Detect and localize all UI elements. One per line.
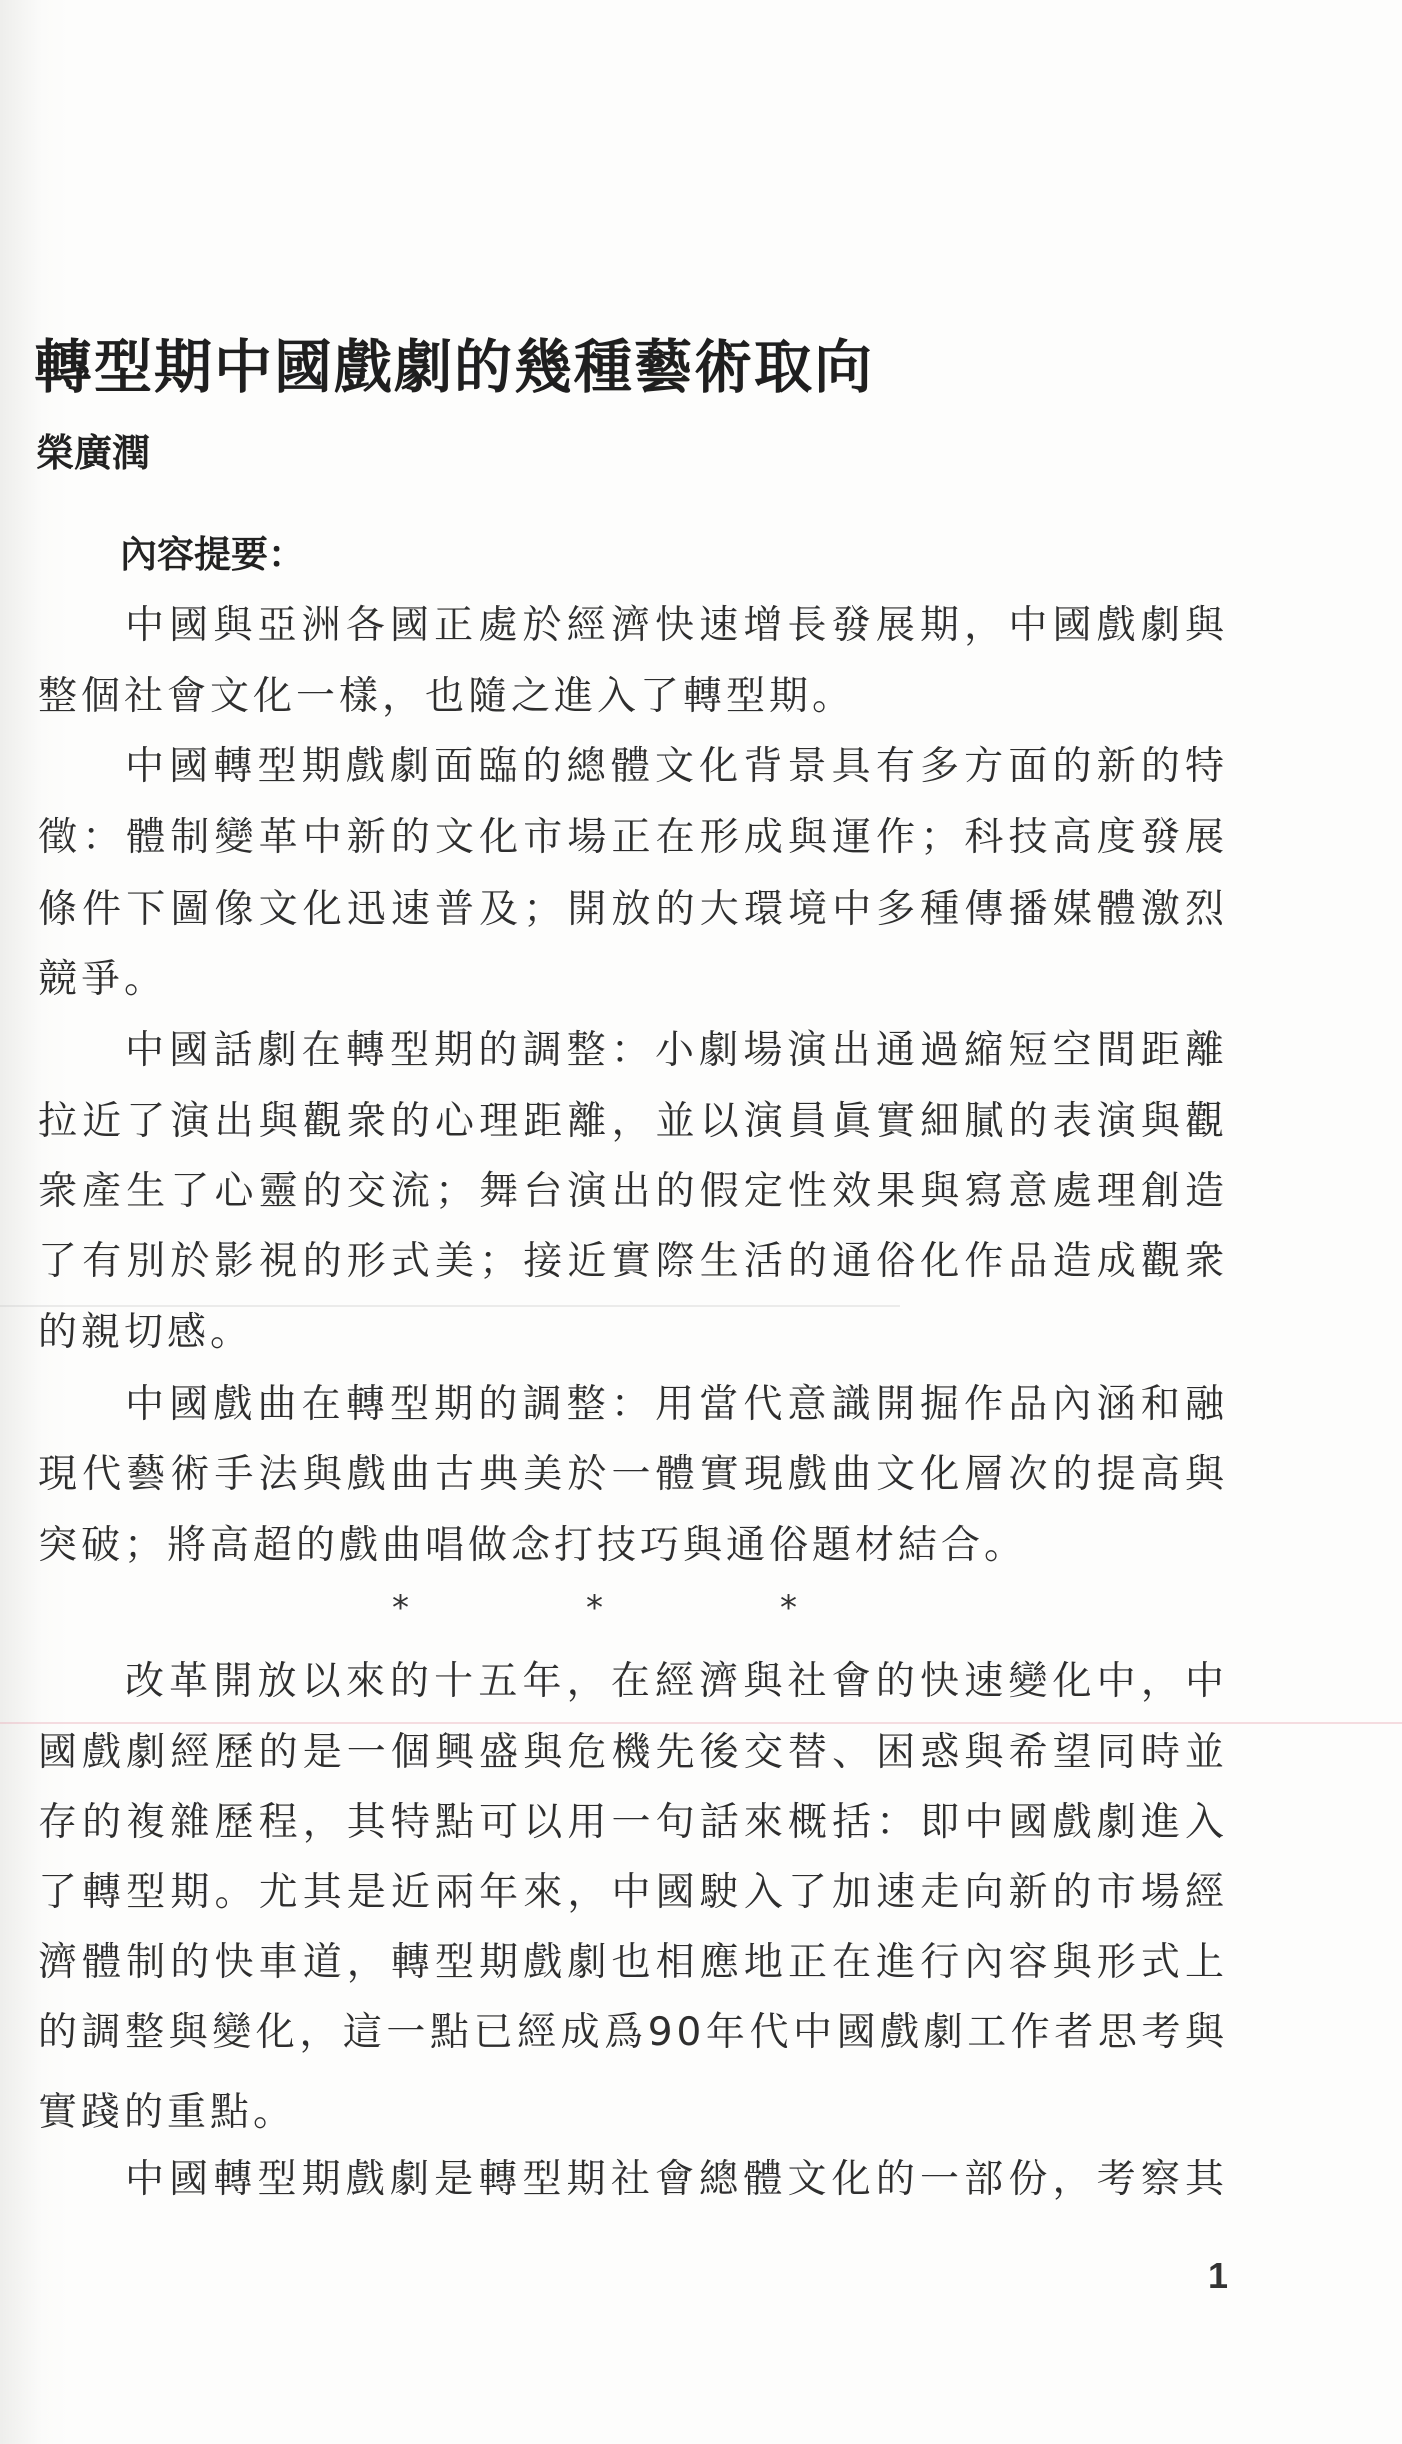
abstract-line: 突破；將高超的戲曲唱做念打技巧與通俗題材結合。 xyxy=(38,1516,1027,1576)
abstract-line: 中國戲曲在轉型期的調整：用當代意識開掘作品內涵和融 xyxy=(125,1375,1228,1435)
abstract-line: 中國話劇在轉型期的調整：小劇場演出通過縮短空間距離 xyxy=(125,1021,1228,1081)
separator-asterisk: * xyxy=(586,1588,603,1628)
abstract-line: 競爭。 xyxy=(38,950,167,1010)
abstract-line: 中國轉型期戲劇面臨的總體文化背景具有多方面的新的特 xyxy=(125,737,1228,797)
separator-asterisk: * xyxy=(392,1588,409,1628)
abstract-line: 衆產生了心靈的交流；舞台演出的假定性效果與寫意處理創造 xyxy=(38,1162,1228,1222)
abstract-line: 現代藝術手法與戲曲古典美於一體實現戲曲文化層次的提高與 xyxy=(38,1445,1228,1505)
abstract-line: 中國與亞洲各國正處於經濟快速增長發展期，中國戲劇與 xyxy=(125,596,1228,656)
body-line: 濟體制的快車道，轉型期戲劇也相應地正在進行內容與形式上 xyxy=(38,1933,1228,1993)
separator-asterisk: * xyxy=(780,1588,797,1628)
abstract-line: 的親切感。 xyxy=(38,1303,253,1363)
abstract-line: 徵：體制變革中新的文化市場正在形成與運作；科技高度發展 xyxy=(38,808,1228,868)
abstract-line: 了有別於影視的形式美；接近實際生活的通俗化作品造成觀衆 xyxy=(38,1232,1228,1292)
body-line: 實踐的重點。 xyxy=(38,2083,296,2143)
article-title: 轉型期中國戲劇的幾種藝術取向 xyxy=(34,331,874,403)
abstract-heading: 內容提要： xyxy=(120,528,305,580)
body-line: 改革開放以來的十五年，在經濟與社會的快速變化中，中 xyxy=(125,1652,1228,1712)
body-line: 中國轉型期戲劇是轉型期社會總體文化的一部份，考察其 xyxy=(125,2150,1228,2210)
abstract-line: 拉近了演出與觀衆的心理距離，並以演員眞實細膩的表演與觀 xyxy=(38,1092,1228,1152)
abstract-line: 條件下圖像文化迅速普及；開放的大環境中多種傳播媒體激烈 xyxy=(38,880,1228,940)
body-line: 國戲劇經歷的是一個興盛與危機先後交替、困惑與希望同時並 xyxy=(38,1723,1228,1783)
page-number: 1 xyxy=(1208,2254,1228,2298)
author-name: 榮廣潤 xyxy=(36,428,150,478)
body-line: 了轉型期。尤其是近兩年來，中國駛入了加速走向新的市場經 xyxy=(38,1863,1228,1923)
abstract-line: 整個社會文化一樣，也隨之進入了轉型期。 xyxy=(38,667,855,727)
body-line: 存的複雜歷程，其特點可以用一句話來概括：即中國戲劇進入 xyxy=(38,1793,1228,1853)
body-line: 的調整與變化，這一點已經成爲90年代中國戲劇工作者思考與 xyxy=(38,2003,1228,2063)
